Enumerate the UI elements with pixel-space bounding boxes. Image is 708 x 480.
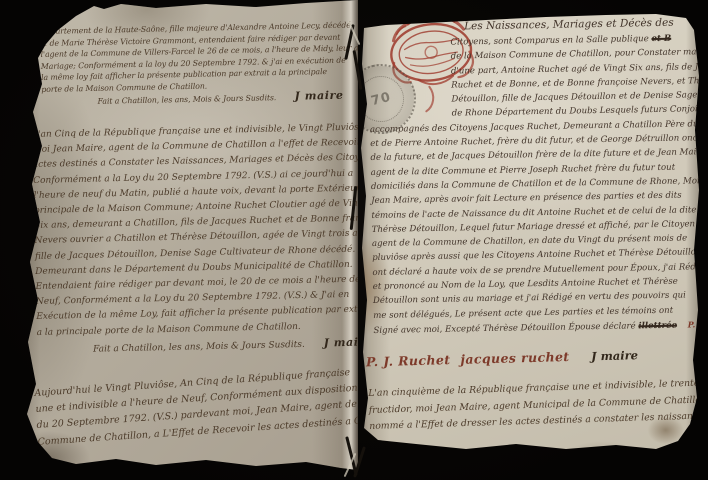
closing-text: Fait a Chatillon, les ans, Mois & Jours … — [93, 340, 305, 355]
left-block-main: L'an Cinq de la République française une… — [32, 120, 387, 359]
left-page: Département de la Haute-Saône, fille maj… — [6, 0, 358, 478]
maire-signature: J maire — [591, 348, 638, 363]
ruchet-signature: P. A. Ruchet — [688, 318, 708, 329]
stamp-spacer — [368, 17, 452, 118]
pj-ruchet-signature: P. J. Ruchet — [366, 352, 451, 369]
maire-signature: J maire — [294, 89, 343, 103]
struck-word: illettrée — [638, 321, 677, 332]
closing-text: Fait a Chatillon, les ans, Mois & Jours … — [97, 93, 276, 106]
left-block-bottom: Aujourd'hui le Vingt Pluviôse, An Cinq d… — [34, 361, 409, 450]
jacques-ruchet-signature: jacques ruchet — [460, 349, 569, 367]
right-block-bottom: L'an cinquième de la République français… — [368, 375, 708, 436]
opening-text: Les Naissances, Mariages et Décès des — [464, 17, 674, 33]
right-page: 70 Les Naissances, Mariages et Décès des… — [356, 0, 708, 478]
scanned-register-spread: Département de la Haute-Saône, fille maj… — [0, 0, 708, 480]
signature-row: P. J. Ruchet jacques ruchet J maire — [366, 346, 696, 370]
last-line-text: Signé avec moi, Excepté Thérèse Détouill… — [373, 321, 635, 336]
line2-text: Citoyens, sont Comparus en la Salle publ… — [450, 34, 649, 47]
left-block-top: Département de la Haute-Saône, fille maj… — [40, 19, 383, 109]
flourish-word: Suond — [691, 10, 708, 29]
right-block-main: Les Naissances, Mariages et Décès des Su… — [368, 12, 706, 338]
struck-word: et B — [651, 34, 671, 44]
